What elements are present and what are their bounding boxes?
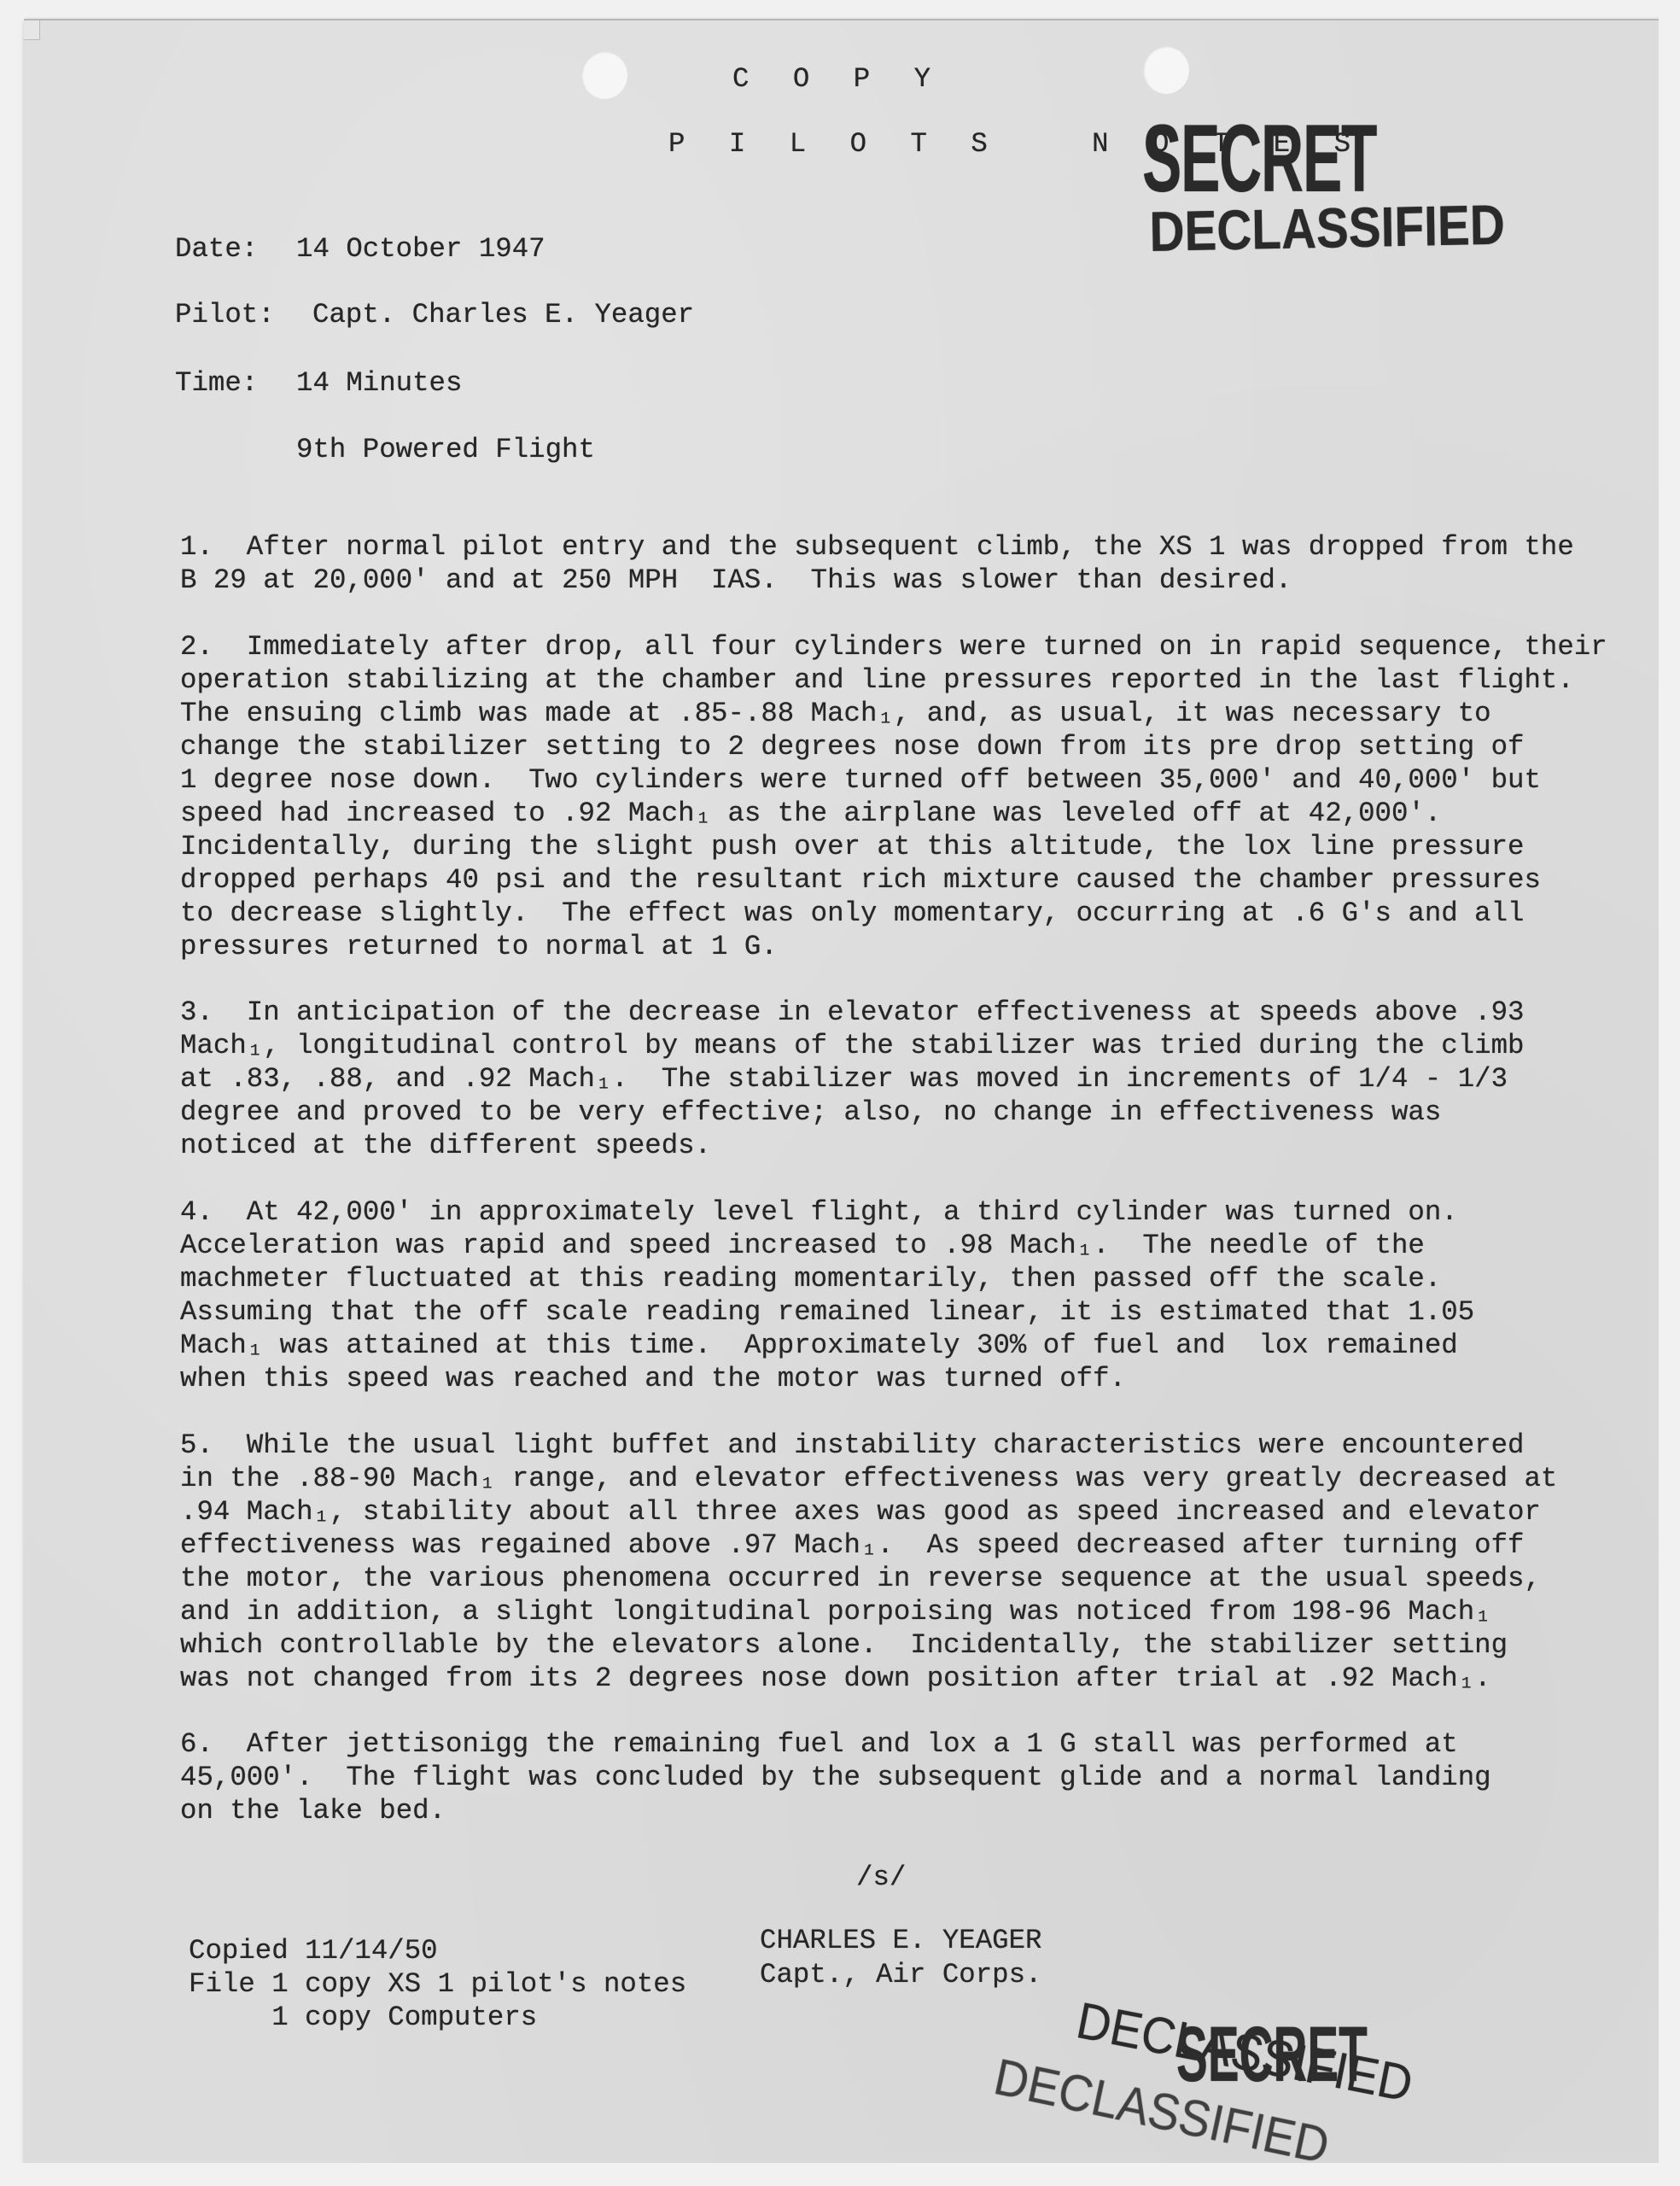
paragraph-line: in the .88-90 Mach₁ range, and elevator … <box>180 1463 1557 1495</box>
paragraph-line: 2. Immediately after drop, all four cyli… <box>180 631 1607 663</box>
time-value: 14 Minutes <box>296 367 462 400</box>
flight-number: 9th Powered Flight <box>296 434 595 466</box>
page-bottom-margin <box>0 2163 1680 2186</box>
paragraph-line: .94 Mach₁, stability about all three axe… <box>180 1496 1541 1528</box>
paragraph-line: was not changed from its 2 degrees nose … <box>180 1663 1491 1695</box>
paragraph-line: 1 degree nose down. Two cylinders were t… <box>180 764 1541 797</box>
paragraph-line: noticed at the different speeds. <box>180 1130 711 1162</box>
paragraph-line: Mach₁ was attained at this time. Approxi… <box>180 1330 1458 1362</box>
paragraph-line: Incidentally, during the slight push ove… <box>180 831 1524 863</box>
page-right-margin <box>1659 0 1680 2186</box>
pilot-label: Pilot: <box>175 299 275 331</box>
copied-date: Copied 11/14/50 <box>189 1935 438 1967</box>
paragraph-line: the motor, the various phenomena occurre… <box>180 1563 1541 1595</box>
paragraph-line: Assuming that the off scale reading rema… <box>180 1296 1474 1329</box>
paragraph-line: 1. After normal pilot entry and the subs… <box>180 531 1574 564</box>
paragraph-line: machmeter fluctuated at this reading mom… <box>180 1263 1441 1295</box>
pilot-value: Capt. Charles E. Yeager <box>312 299 694 331</box>
paragraph-line: on the lake bed. <box>180 1795 446 1827</box>
date-label: Date: <box>175 233 258 266</box>
punch-hole-left <box>581 51 627 99</box>
date-value: 14 October 1947 <box>296 233 545 266</box>
paragraph-line: B 29 at 20,000' and at 250 MPH IAS. This… <box>180 564 1292 597</box>
paragraph-line: 5. While the usual light buffet and inst… <box>180 1429 1524 1462</box>
paragraph-line: The ensuing climb was made at .85-.88 Ma… <box>180 698 1491 730</box>
declassified-stamp: DECLASSIFIED <box>1149 196 1505 260</box>
secret-stamp: SECRET <box>1142 111 1376 207</box>
paragraph-line: effectiveness was regained above .97 Mac… <box>180 1529 1524 1562</box>
paragraph-line: to decrease slightly. The effect was onl… <box>180 897 1524 930</box>
paragraph-line: operation stabilizing at the chamber and… <box>180 664 1574 697</box>
copy-label: C O P Y <box>732 63 944 96</box>
paragraph-line: 6. After jettisonigg the remaining fuel … <box>180 1728 1458 1761</box>
paragraph-line: which controllable by the elevators alon… <box>180 1629 1508 1662</box>
computers-copy-line: 1 copy Computers <box>189 2002 537 2034</box>
time-label: Time: <box>175 367 258 400</box>
paragraph-line: at .83, .88, and .92 Mach₁. The stabiliz… <box>180 1063 1508 1096</box>
secret-stamp-bottom: SECRET <box>1176 2015 1368 2094</box>
signature-mark: /s/ <box>856 1862 906 1894</box>
signer-name: CHARLES E. YEAGER <box>760 1925 1041 1957</box>
paragraph-line: pressures returned to normal at 1 G. <box>180 931 778 963</box>
signer-rank: Capt., Air Corps. <box>760 1959 1041 1991</box>
paragraph-line: degree and proved to be very effective; … <box>180 1096 1441 1129</box>
paragraph-line: Acceleration was rapid and speed increas… <box>180 1230 1425 1262</box>
paragraph-line: 4. At 42,000' in approximately level fli… <box>180 1196 1458 1229</box>
paragraph-line: when this speed was reached and the moto… <box>180 1363 1126 1395</box>
paragraph-line: dropped perhaps 40 psi and the resultant… <box>180 864 1541 897</box>
paragraph-line: speed had increased to .92 Mach₁ as the … <box>180 798 1441 830</box>
file-copy-line: File 1 copy XS 1 pilot's notes <box>189 1968 686 2001</box>
paragraph-line: Mach₁, longitudinal control by means of … <box>180 1030 1524 1062</box>
punch-hole-right <box>1143 46 1189 94</box>
paragraph-line: 45,000'. The flight was concluded by the… <box>180 1762 1491 1794</box>
paragraph-line: 3. In anticipation of the decrease in el… <box>180 997 1524 1029</box>
paragraph-line: and in addition, a slight longitudinal p… <box>180 1596 1491 1628</box>
paragraph-line: change the stabilizer setting to 2 degre… <box>180 731 1524 763</box>
